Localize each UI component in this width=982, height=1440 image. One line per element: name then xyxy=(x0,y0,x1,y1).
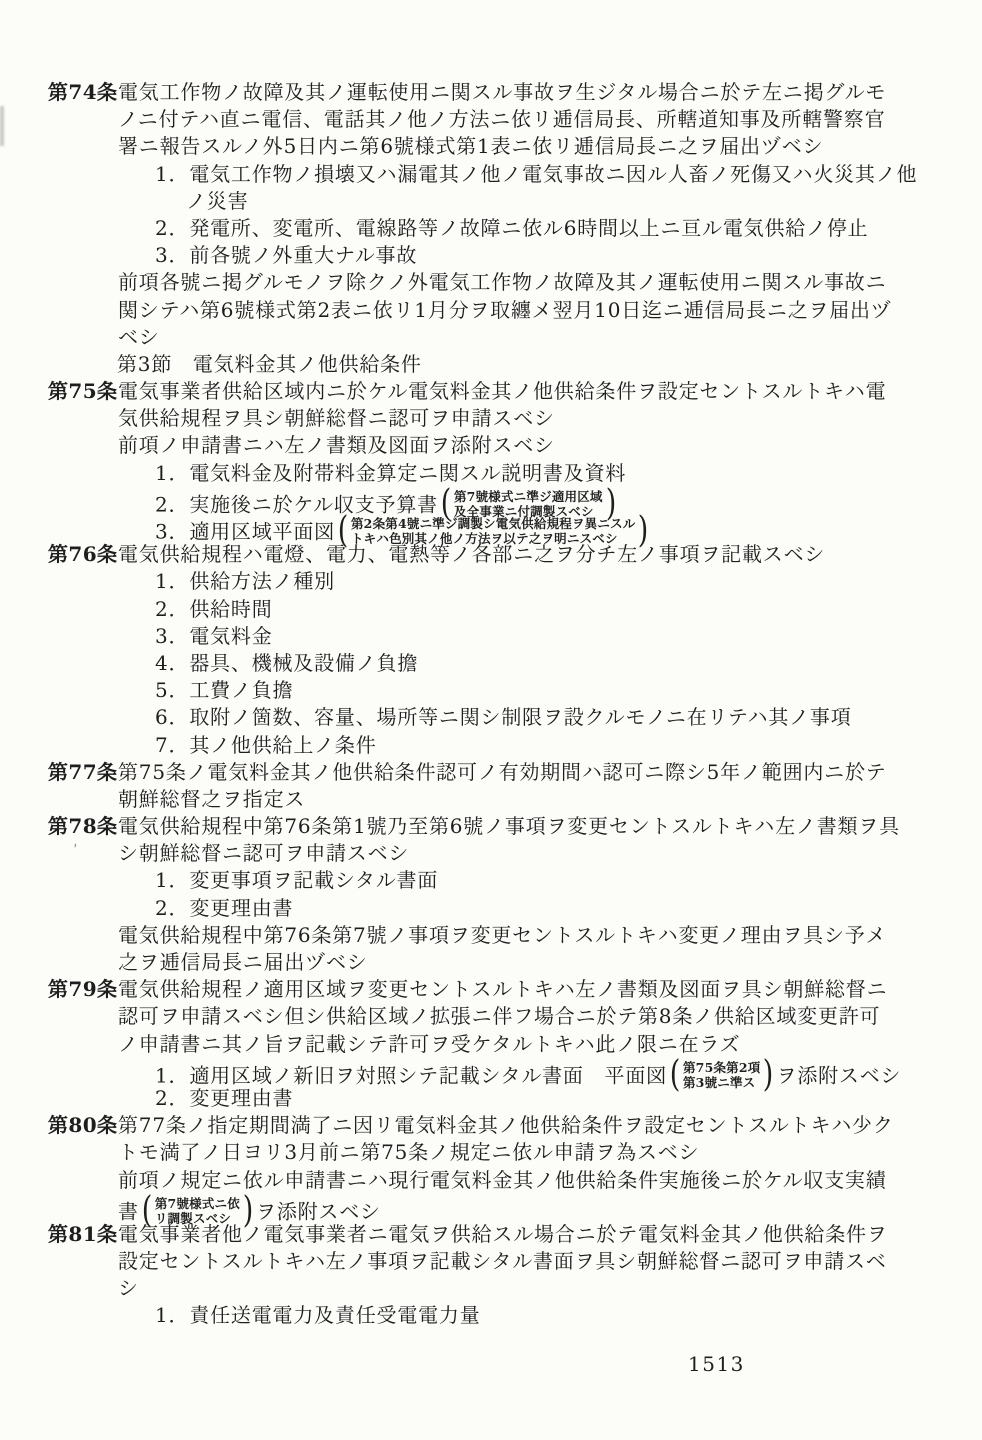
line-text: 4．器具、機械及設備ノ負擔 xyxy=(155,651,418,675)
text-line: 3．前各號ノ外重大ナル事故 xyxy=(0,243,982,270)
text-line: 認可ヲ申請スベシ但シ供給区域ノ拡張ニ伴フ場合ニ於テ第8条ノ供給区域変更許可 xyxy=(0,1004,982,1031)
line-text: 気供給規程ヲ具シ朝鮮総督ニ認可ヲ申請スベシ xyxy=(118,406,555,430)
text-line: 関シテハ第6號様式第2表ニ依リ1月分ヲ取纏メ翌月10日迄ニ逓信局長ニ之ヲ届出ヅ xyxy=(0,298,982,325)
text-line: 1．適用区域ノ新旧ヲ対照シテ記載シタル書面 平面図(第75条第2項第3號ニ準ス)… xyxy=(0,1059,982,1086)
text-line: 1．責任送電電力及責任受電電力量 xyxy=(0,1303,982,1330)
text-line: トモ満了ノ日ヨリ3月前ニ第75条ノ規定ニ依ル申請ヲ為スベシ xyxy=(0,1140,982,1167)
text-line: 2．発電所、変電所、電線路等ノ故障ニ依ル6時間以上ニ亘ル電気供給ノ停止 xyxy=(0,216,982,243)
line-text: 前項ノ規定ニ依ル申請書ニハ現行電気料金其ノ他供給条件実施後ニ於ケル収支実績 xyxy=(118,1168,887,1192)
line-text: ノ申請書ニ其ノ旨ヲ記載シテ許可ヲ受ケタルトキハ此ノ限ニ在ラズ xyxy=(118,1032,740,1056)
paren-annotation-top: 第75条第2項 xyxy=(683,1060,761,1075)
line-text: 2．変更理由書 xyxy=(155,1086,293,1110)
text-line: 第81条電気事業者他ノ電気事業者ニ電気ヲ供給スル場合ニ於テ電気料金其ノ他供給条件… xyxy=(0,1222,982,1249)
article-number: 第77条 xyxy=(48,760,117,784)
text-line: 2．変更理由書 xyxy=(0,896,982,923)
text-line: 前項各號ニ掲グルモノヲ除クノ外電気工作物ノ故障及其ノ運転使用ニ関スル事故ニ xyxy=(0,270,982,297)
line-text: 6．取附ノ箇数、容量、場所等ニ関シ制限ヲ設クルモノニ在リテハ其ノ事項 xyxy=(155,705,852,729)
text-line: 4．器具、機械及設備ノ負擔 xyxy=(0,651,982,678)
document-text-block: 第74条電気工作物ノ故障及其ノ運転使用ニ関スル事故ヲ生ジタル場合ニ於テ左ニ掲グル… xyxy=(0,80,982,1331)
line-text: 前項各號ニ掲グルモノヲ除クノ外電気工作物ノ故障及其ノ運転使用ニ関スル事故ニ xyxy=(118,270,886,294)
text-line: 第3節 電気料金其ノ他供給条件 xyxy=(0,352,982,379)
text-line: 5．工費ノ負擔 xyxy=(0,678,982,705)
text-line: 第80条第77条ノ指定期間満了ニ因リ電気料金其ノ他供給条件ヲ設定セントスルトキハ… xyxy=(0,1113,982,1140)
line-text: 3．電気料金 xyxy=(155,624,273,648)
line-text: 電気事業者供給区域内ニ於ケル電気料金其ノ他供給条件ヲ設定セントスルトキハ電 xyxy=(118,379,886,403)
text-line: ノニ付テハ直ニ電信、電話其ノ他ノ方法ニ依リ逓信局長、所轄道知事及所轄警察官 xyxy=(0,107,982,134)
text-line: 第76条電気供給規程ハ電燈、電力、電熱等ノ各部ニ之ヲ分チ左ノ事項ヲ記載スベシ xyxy=(0,542,982,569)
text-line: 3．電気料金 xyxy=(0,624,982,651)
text-line: シ朝鮮総督ニ認可ヲ申請スベシ xyxy=(0,841,982,868)
line-text: 朝鮮総督之ヲ指定ス xyxy=(118,787,305,811)
line-text: 2．供給時間 xyxy=(155,597,273,621)
text-line: ノ申請書ニ其ノ旨ヲ記載シテ許可ヲ受ケタルトキハ此ノ限ニ在ラズ xyxy=(0,1032,982,1059)
line-text: ベシ xyxy=(118,325,160,349)
line-text: 前項ノ申請書ニハ左ノ書類及図面ヲ添附スベシ xyxy=(118,433,555,457)
line-text: 3．前各號ノ外重大ナル事故 xyxy=(155,243,417,267)
line-text: シ xyxy=(118,1276,139,1300)
line-text: 電気供給規程ハ電燈、電力、電熱等ノ各部ニ之ヲ分チ左ノ事項ヲ記載スベシ xyxy=(118,542,825,566)
line-text: 認可ヲ申請スベシ但シ供給区域ノ拡張ニ伴フ場合ニ於テ第8条ノ供給区域変更許可 xyxy=(118,1004,880,1028)
text-line: 電気供給規程中第76条第7號ノ事項ヲ変更セントスルトキハ変更ノ理由ヲ具シ予メ xyxy=(0,923,982,950)
text-line: ノ災害 xyxy=(0,189,982,216)
line-text: 電気工作物ノ故障及其ノ運転使用ニ関スル事故ヲ生ジタル場合ニ於テ左ニ掲グルモ xyxy=(118,80,886,104)
scanned-document-page: 第74条電気工作物ノ故障及其ノ運転使用ニ関スル事故ヲ生ジタル場合ニ於テ左ニ掲グル… xyxy=(0,0,982,1440)
article-number: 第79条 xyxy=(48,977,117,1001)
line-text: 電気供給規程中第76条第7號ノ事項ヲ変更セントスルトキハ変更ノ理由ヲ具シ予メ xyxy=(118,923,886,947)
line-text: ヲ添附スベシ xyxy=(256,1199,381,1223)
line-text: 2．発電所、変電所、電線路等ノ故障ニ依ル6時間以上ニ亘ル電気供給ノ停止 xyxy=(155,216,868,240)
line-text: 電気供給規程ノ適用区域ヲ変更セントスルトキハ左ノ書類及図面ヲ具シ朝鮮総督ニ xyxy=(118,977,887,1001)
article-number: 第78条 xyxy=(48,814,117,838)
line-text: 設定セントスルトキハ左ノ事項ヲ記載シタル書面ヲ具シ朝鮮総督ニ認可ヲ申請スベ xyxy=(118,1249,887,1273)
line-text: 関シテハ第6號様式第2表ニ依リ1月分ヲ取纏メ翌月10日迄ニ逓信局長ニ之ヲ届出ヅ xyxy=(118,298,892,322)
line-text: シ朝鮮総督ニ認可ヲ申請スベシ xyxy=(118,841,409,865)
line-text: 署ニ報告スルノ外5日内ニ第6號様式第1表ニ依リ逓信局長ニ之ヲ届出ヅベシ xyxy=(118,134,823,158)
text-line: 書(第7號様式ニ依リ調製スベシ)ヲ添附スベシ xyxy=(0,1195,982,1222)
line-text: 3．適用区域平面図 xyxy=(155,520,335,544)
text-line: 2．変更理由書 xyxy=(0,1086,982,1113)
text-line: 1．変更事項ヲ記載シタル書面 xyxy=(0,868,982,895)
article-number: 第81条 xyxy=(48,1222,117,1246)
text-line: 第79条電気供給規程ノ適用区域ヲ変更セントスルトキハ左ノ書類及図面ヲ具シ朝鮮総督… xyxy=(0,977,982,1004)
line-text: 電気事業者他ノ電気事業者ニ電気ヲ供給スル場合ニ於テ電気料金其ノ他供給条件ヲ xyxy=(118,1222,888,1246)
text-line: 1．供給方法ノ種別 xyxy=(0,569,982,596)
line-text: 1．適用区域ノ新旧ヲ対照シテ記載シタル書面 平面図 xyxy=(155,1063,667,1087)
line-text: 第75条ノ電気料金其ノ他供給条件認可ノ有効期間ハ認可ニ際シ5年ノ範囲内ニ於テ xyxy=(118,760,887,784)
text-line: 朝鮮総督之ヲ指定ス xyxy=(0,787,982,814)
line-text: 1．供給方法ノ種別 xyxy=(155,569,335,593)
text-line: 設定セントスルトキハ左ノ事項ヲ記載シタル書面ヲ具シ朝鮮総督ニ認可ヲ申請スベ xyxy=(0,1249,982,1276)
text-line: 2．実施後ニ於ケル収支予算書(第7號様式ニ準ジ適用区域及全事業ニ付調製スベシ) xyxy=(0,488,982,515)
line-text: 5．工費ノ負擔 xyxy=(155,678,293,702)
text-line: 前項ノ申請書ニハ左ノ書類及図面ヲ添附スベシ xyxy=(0,433,982,460)
text-line: 第74条電気工作物ノ故障及其ノ運転使用ニ関スル事故ヲ生ジタル場合ニ於テ左ニ掲グル… xyxy=(0,80,982,107)
text-line: 第77条第75条ノ電気料金其ノ他供給条件認可ノ有効期間ハ認可ニ際シ5年ノ範囲内ニ… xyxy=(0,760,982,787)
text-line: 気供給規程ヲ具シ朝鮮総督ニ認可ヲ申請スベシ xyxy=(0,406,982,433)
text-line: 7．其ノ他供給上ノ条件 xyxy=(0,733,982,760)
paren-annotation-top: 第7號様式ニ準ジ適用区域 xyxy=(454,489,603,504)
text-line: 1．電気料金及附帯料金算定ニ関スル説明書及資料 xyxy=(0,461,982,488)
article-number: 第75条 xyxy=(48,379,117,403)
text-line: 第75条電気事業者供給区域内ニ於ケル電気料金其ノ他供給条件ヲ設定セントスルトキハ… xyxy=(0,379,982,406)
line-text: 1．責任送電電力及責任受電電力量 xyxy=(155,1303,481,1327)
line-text: ノ災害 xyxy=(186,189,248,213)
line-text: 1．電気料金及附帯料金算定ニ関スル説明書及資料 xyxy=(155,461,626,485)
article-number: 第76条 xyxy=(48,542,117,566)
page-number: 1513 xyxy=(688,1352,745,1376)
text-line: 第78条電気供給規程中第76条第1號乃至第6號ノ事項ヲ変更セントスルトキハ左ノ書… xyxy=(0,814,982,841)
line-text: 第77条ノ指定期間満了ニ因リ電気料金其ノ他供給条件ヲ設定セントスルトキハ少ク xyxy=(118,1113,894,1137)
text-line: 3．適用区域平面図(第2条第4號ニ準ジ調製シ電気供給規程ヲ異ニスルトキハ色別其ノ… xyxy=(0,515,982,542)
article-number: 第74条 xyxy=(48,80,117,104)
line-text: 書 xyxy=(118,1199,139,1223)
paren-annotation-top: 第7號様式ニ依 xyxy=(155,1196,240,1211)
line-text: 1．電気工作物ノ損壊又ハ漏電其ノ他ノ電気事故ニ因ル人畜ノ死傷又ハ火災其ノ他 xyxy=(155,162,917,186)
line-text: 2．変更理由書 xyxy=(155,896,293,920)
line-text: 電気供給規程中第76条第1號乃至第6號ノ事項ヲ変更セントスルトキハ左ノ書類ヲ具 xyxy=(118,814,900,838)
paren-annotation-top: 第2条第4號ニ準ジ調製シ電気供給規程ヲ異ニスル xyxy=(351,516,636,531)
line-text: トモ満了ノ日ヨリ3月前ニ第75条ノ規定ニ依ル申請ヲ為スベシ xyxy=(118,1140,699,1164)
text-line: 1．電気工作物ノ損壊又ハ漏電其ノ他ノ電気事故ニ因ル人畜ノ死傷又ハ火災其ノ他 xyxy=(0,162,982,189)
text-line: 之ヲ逓信局長ニ届出ヅベシ xyxy=(0,950,982,977)
text-line: シ xyxy=(0,1276,982,1303)
text-line: 2．供給時間 xyxy=(0,597,982,624)
line-text: 第3節 電気料金其ノ他供給条件 xyxy=(117,352,422,376)
line-text: 1．変更事項ヲ記載シタル書面 xyxy=(155,868,438,892)
line-text: ヲ添附スベシ xyxy=(777,1063,902,1087)
text-line: ベシ xyxy=(0,325,982,352)
text-line: 6．取附ノ箇数、容量、場所等ニ関シ制限ヲ設クルモノニ在リテハ其ノ事項 xyxy=(0,705,982,732)
article-number: 第80条 xyxy=(48,1113,117,1137)
line-text: ノニ付テハ直ニ電信、電話其ノ他ノ方法ニ依リ逓信局長、所轄道知事及所轄警察官 xyxy=(118,107,885,131)
text-line: 署ニ報告スルノ外5日内ニ第6號様式第1表ニ依リ逓信局長ニ之ヲ届出ヅベシ xyxy=(0,134,982,161)
line-text: 之ヲ逓信局長ニ届出ヅベシ xyxy=(118,950,368,974)
line-text: 7．其ノ他供給上ノ条件 xyxy=(155,733,377,757)
